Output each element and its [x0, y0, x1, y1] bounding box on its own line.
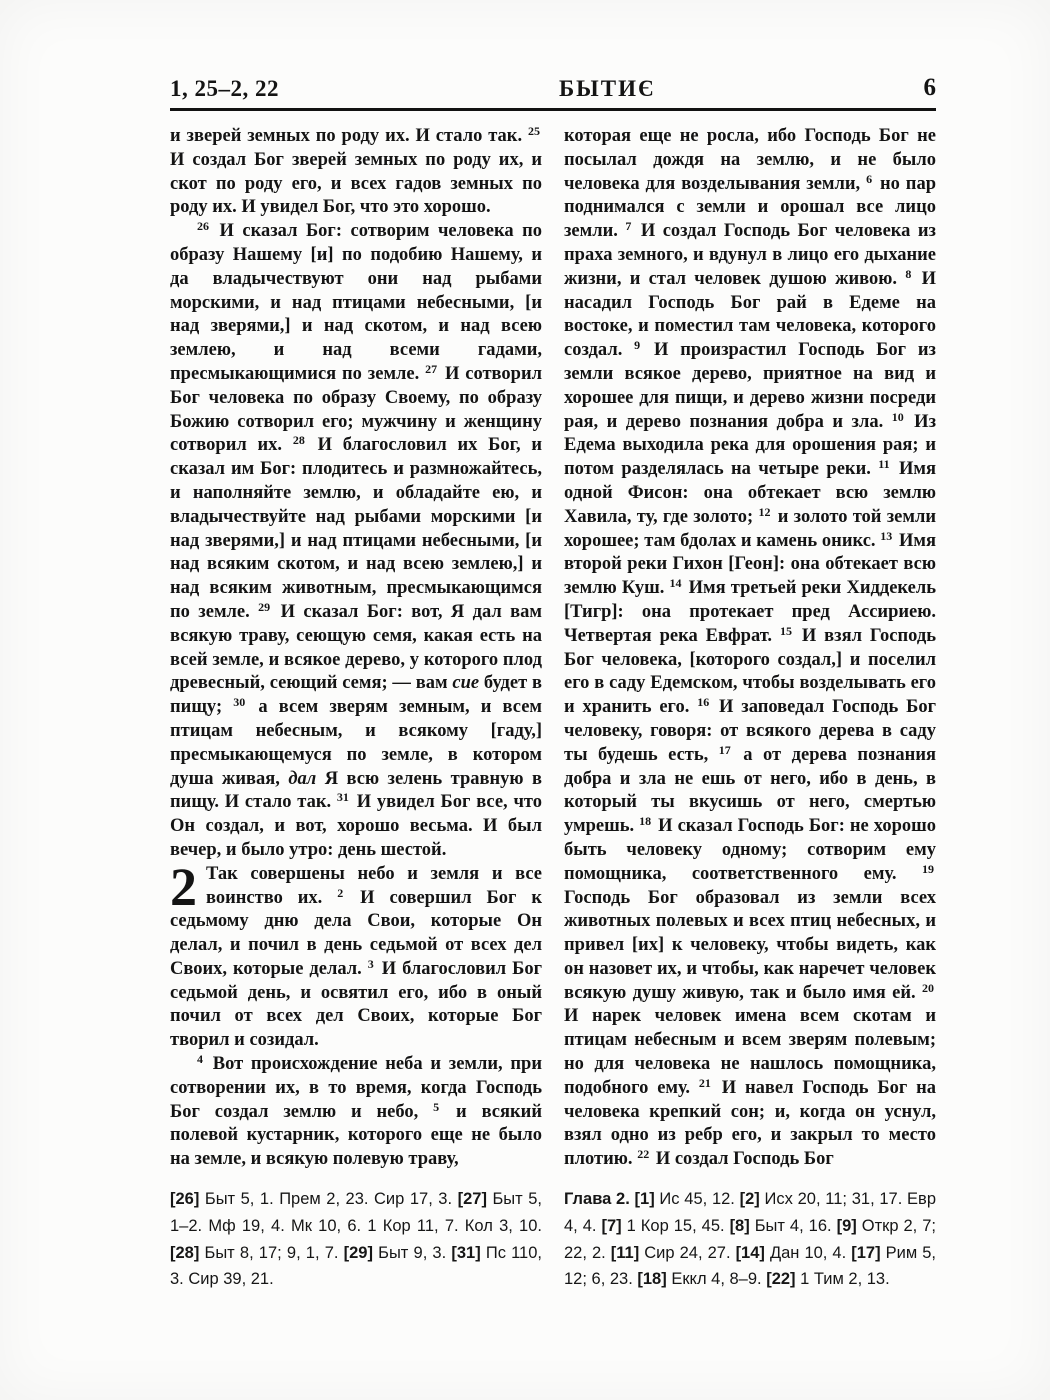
verse-number: 5 — [433, 1100, 441, 1114]
body-paragraph: и зверей земных по роду их. И стало так.… — [170, 125, 542, 220]
verse-number: 12 — [758, 505, 772, 519]
body-paragraph: 4 Вот происхождение неба и земли, при со… — [170, 1053, 542, 1172]
text-column-left: и зверей земных по роду их. И стало так.… — [170, 125, 542, 1172]
footnote-ref: [27] — [458, 1190, 487, 1208]
footnote-ref: Глава 2. — [564, 1190, 630, 1208]
verse-number: 31 — [337, 790, 351, 804]
verse-number: 18 — [639, 814, 653, 828]
verse-number: 3 — [368, 957, 376, 971]
verse-number: 27 — [425, 362, 439, 376]
verse-number: 30 — [233, 695, 247, 709]
footnote-ref: [17] — [851, 1244, 880, 1262]
text-column-right: которая еще не росла, ибо Господь Бог не… — [564, 125, 936, 1172]
footnote-block-left: [26] Быт 5, 1. Прем 2, 23. Сир 17, 3. [2… — [170, 1186, 542, 1293]
footnote-ref: [31] — [451, 1244, 480, 1262]
verse-number: 25 — [528, 124, 542, 138]
verse-number: 20 — [922, 981, 936, 995]
verse-number: 8 — [905, 267, 913, 281]
footnote-ref: [7] — [601, 1217, 621, 1235]
verse-number: 13 — [880, 529, 894, 543]
book-title: БЫТИЄ — [559, 76, 656, 102]
verse-number: 21 — [699, 1076, 713, 1090]
verse-number: 2 — [337, 886, 345, 900]
verse-number: 22 — [637, 1147, 651, 1161]
body-paragraph: которая еще не росла, ибо Господь Бог не… — [564, 125, 936, 1172]
footnote-ref: [28] — [170, 1244, 199, 1262]
verse-number: 14 — [670, 576, 684, 590]
page-number: 6 — [924, 74, 937, 102]
bible-page: 1, 25–2, 22 БЫТИЄ 6 и зверей земных по р… — [0, 0, 1050, 1400]
verse-number: 19 — [922, 862, 936, 876]
verse-number: 16 — [697, 695, 711, 709]
verse-number: 28 — [293, 433, 307, 447]
verse-number: 9 — [634, 338, 642, 352]
verse-number: 26 — [197, 219, 211, 233]
verse-number: 29 — [258, 600, 272, 614]
footnote-ref: [18] — [637, 1270, 666, 1288]
footnote-ref: [14] — [736, 1244, 765, 1262]
italic-word: сие — [452, 673, 479, 693]
italic-word: дал — [288, 769, 316, 789]
footnotes: [26] Быт 5, 1. Прем 2, 23. Сир 17, 3. [2… — [170, 1186, 936, 1293]
verse-number: 15 — [780, 624, 794, 638]
verse-number: 6 — [866, 172, 874, 186]
footnote-block-right: Глава 2. [1] Ис 45, 12. [2] Исх 20, 11; … — [564, 1186, 936, 1293]
verse-number: 4 — [197, 1052, 205, 1066]
text-body: и зверей земных по роду их. И стало так.… — [170, 125, 936, 1172]
verse-number: 10 — [892, 410, 906, 424]
verse-number: 11 — [878, 457, 891, 471]
footnote-ref: [1] — [635, 1190, 655, 1208]
header-verse-range: 1, 25–2, 22 — [170, 76, 279, 102]
footnote-ref: [8] — [730, 1217, 750, 1235]
footnote-ref: [9] — [837, 1217, 857, 1235]
footnote-ref: [2] — [740, 1190, 760, 1208]
chapter-dropcap: 2 — [170, 863, 206, 908]
footnote-ref: [22] — [766, 1270, 795, 1288]
footnote-ref: [26] — [170, 1190, 199, 1208]
body-paragraph: 26 И сказал Бог: сотворим человека по об… — [170, 220, 542, 863]
verse-number: 17 — [719, 743, 733, 757]
page-header: 1, 25–2, 22 БЫТИЄ 6 — [170, 74, 936, 111]
body-paragraph: 2Так совершены небо и земля и все воинст… — [170, 863, 542, 1053]
footnote-ref: [29] — [344, 1244, 373, 1262]
footnote-ref: [11] — [611, 1244, 639, 1262]
verse-number: 7 — [625, 219, 633, 233]
